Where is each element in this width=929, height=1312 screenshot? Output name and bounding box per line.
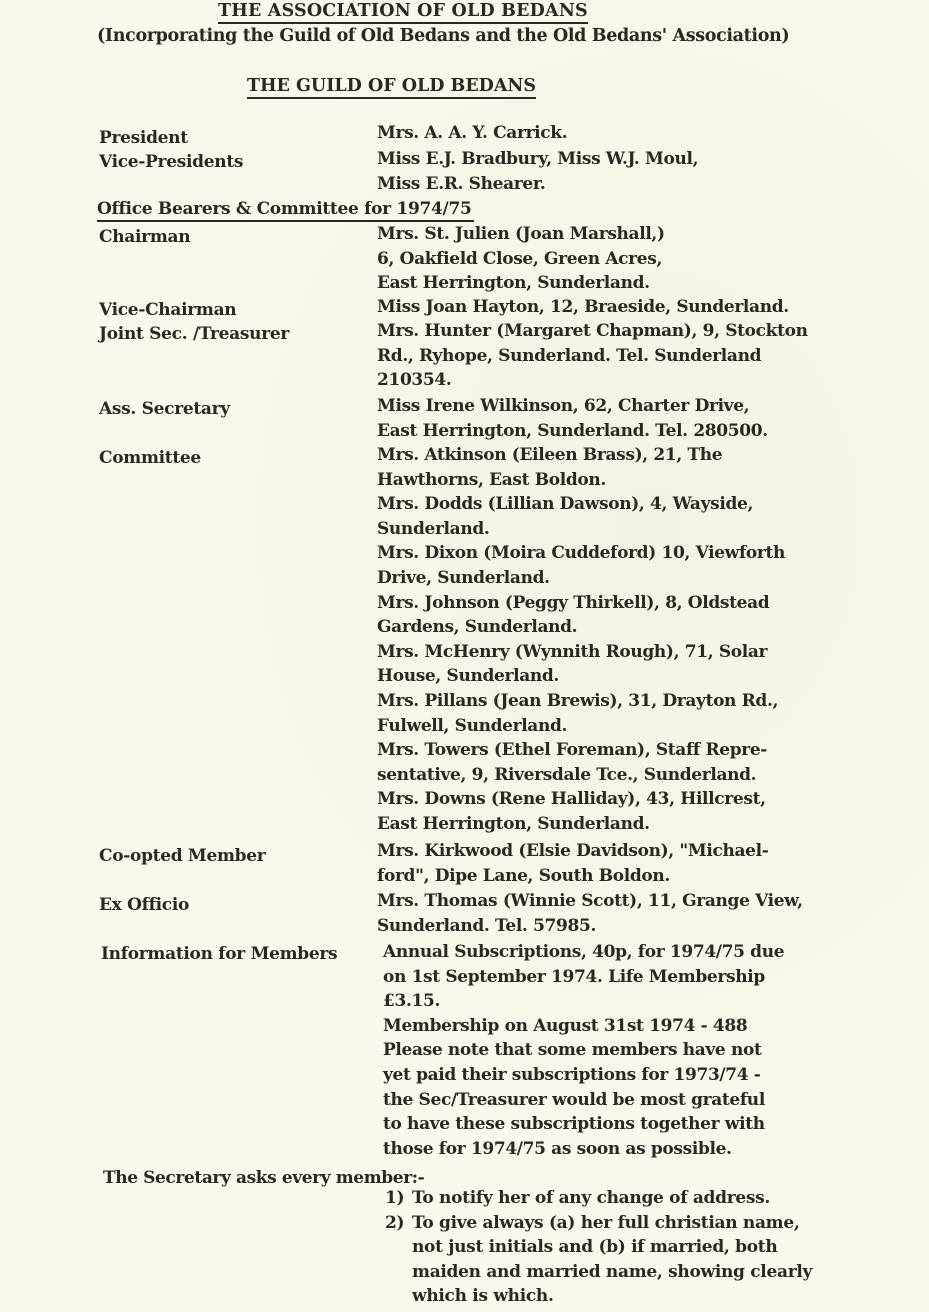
guild-title: THE GUILD OF OLD BEDANS xyxy=(247,75,536,99)
committee-line: Hawthorns, East Boldon. xyxy=(377,468,785,493)
co-opted-line: ford", Dipe Lane, South Boldon. xyxy=(377,864,768,889)
chairman-line: Mrs. St. Julien (Joan Marshall,) xyxy=(377,222,665,247)
treasurer-label: Joint Sec. /Treasurer xyxy=(99,322,289,346)
info-line: to have these subscriptions together wit… xyxy=(383,1112,784,1137)
co-opted-line: Mrs. Kirkwood (Elsie Davidson), "Michael… xyxy=(377,839,768,864)
ass-secretary-value: Miss Irene Wilkinson, 62, Charter Drive,… xyxy=(377,394,768,443)
president-label: President xyxy=(99,126,188,150)
committee-line: sentative, 9, Riversdale Tce., Sunderlan… xyxy=(377,763,785,788)
ex-officio-value: Mrs. Thomas (Winnie Scott), 11, Grange V… xyxy=(377,889,803,938)
vice-chairman-value: Miss Joan Hayton, 12, Braeside, Sunderla… xyxy=(377,295,789,320)
document-title: THE ASSOCIATION OF OLD BEDANS xyxy=(218,0,588,24)
request-line: To notify her of any change of address. xyxy=(412,1186,770,1211)
co-opted-label: Co-opted Member xyxy=(99,844,265,868)
request-line: which is which. xyxy=(412,1284,812,1309)
ass-secretary-label: Ass. Secretary xyxy=(99,397,230,421)
request-line: To give always (a) her full christian na… xyxy=(412,1211,812,1236)
committee-line: Sunderland. xyxy=(377,517,785,542)
info-line: yet paid their subscriptions for 1973/74… xyxy=(383,1063,784,1088)
ex-officio-label: Ex Officio xyxy=(99,893,189,917)
vice-presidents-line: Miss E.J. Bradbury, Miss W.J. Moul, xyxy=(377,147,698,172)
committee-heading: Office Bearers & Committee for 1974/75 xyxy=(97,198,474,222)
president-line: Mrs. A. A. Y. Carrick. xyxy=(377,121,567,146)
treasurer-value: Mrs. Hunter (Margaret Chapman), 9, Stock… xyxy=(377,319,808,393)
document-subtitle: (Incorporating the Guild of Old Bedans a… xyxy=(97,24,789,48)
document-page: THE ASSOCIATION OF OLD BEDANS (Incorpora… xyxy=(0,0,929,1312)
co-opted-value: Mrs. Kirkwood (Elsie Davidson), "Michael… xyxy=(377,839,768,888)
committee-label: Committee xyxy=(99,446,201,470)
committee-value: Mrs. Atkinson (Eileen Brass), 21, The Ha… xyxy=(377,443,785,837)
chairman-value: Mrs. St. Julien (Joan Marshall,) 6, Oakf… xyxy=(377,222,665,296)
request-number: 1) xyxy=(385,1186,412,1211)
info-members-value: Annual Subscriptions, 40p, for 1974/75 d… xyxy=(383,940,784,1161)
request-item: 1) To notify her of any change of addres… xyxy=(385,1186,812,1211)
info-line: on 1st September 1974. Life Membership xyxy=(383,965,784,990)
info-line: those for 1974/75 as soon as possible. xyxy=(383,1137,784,1162)
ex-officio-line: Mrs. Thomas (Winnie Scott), 11, Grange V… xyxy=(377,889,803,914)
committee-line: House, Sunderland. xyxy=(377,664,785,689)
vice-chairman-line: Miss Joan Hayton, 12, Braeside, Sunderla… xyxy=(377,295,789,320)
committee-line: Mrs. Pillans (Jean Brewis), 31, Drayton … xyxy=(377,689,785,714)
committee-line: East Herrington, Sunderland. xyxy=(377,812,785,837)
info-line: Please note that some members have not xyxy=(383,1038,784,1063)
info-members-label: Information for Members xyxy=(101,942,337,966)
committee-line: Mrs. Johnson (Peggy Thirkell), 8, Oldste… xyxy=(377,591,785,616)
vice-chairman-label: Vice-Chairman xyxy=(99,298,236,322)
committee-line: Mrs. Atkinson (Eileen Brass), 21, The xyxy=(377,443,785,468)
info-line: £3.15. xyxy=(383,989,784,1014)
committee-line: Mrs. Dixon (Moira Cuddeford) 10, Viewfor… xyxy=(377,541,785,566)
vice-presidents-value: Miss E.J. Bradbury, Miss W.J. Moul, Miss… xyxy=(377,147,698,196)
chairman-line: East Herrington, Sunderland. xyxy=(377,271,665,296)
secretary-request-intro: The Secretary asks every member:- xyxy=(103,1166,424,1190)
ex-officio-line: Sunderland. Tel. 57985. xyxy=(377,914,803,939)
request-number: 2) xyxy=(385,1211,412,1309)
treasurer-line: Rd., Ryhope, Sunderland. Tel. Sunderland xyxy=(377,344,808,369)
committee-line: Drive, Sunderland. xyxy=(377,566,785,591)
committee-line: Mrs. Towers (Ethel Foreman), Staff Repre… xyxy=(377,738,785,763)
secretary-request-list: 1) To notify her of any change of addres… xyxy=(385,1186,812,1309)
treasurer-line: 210354. xyxy=(377,368,808,393)
ass-secretary-line: Miss Irene Wilkinson, 62, Charter Drive, xyxy=(377,394,768,419)
chairman-label: Chairman xyxy=(99,225,190,249)
vice-presidents-line: Miss E.R. Shearer. xyxy=(377,172,698,197)
treasurer-line: Mrs. Hunter (Margaret Chapman), 9, Stock… xyxy=(377,319,808,344)
request-item: 2) To give always (a) her full christian… xyxy=(385,1211,812,1309)
committee-line: Fulwell, Sunderland. xyxy=(377,714,785,739)
info-line: the Sec/Treasurer would be most grateful xyxy=(383,1088,784,1113)
info-line: Membership on August 31st 1974 - 488 xyxy=(383,1014,784,1039)
ass-secretary-line: East Herrington, Sunderland. Tel. 280500… xyxy=(377,419,768,444)
vice-presidents-label: Vice-Presidents xyxy=(99,150,243,174)
request-line: not just initials and (b) if married, bo… xyxy=(412,1235,812,1260)
committee-line: Mrs. Dodds (Lillian Dawson), 4, Wayside, xyxy=(377,492,785,517)
chairman-line: 6, Oakfield Close, Green Acres, xyxy=(377,247,665,272)
committee-line: Mrs. McHenry (Wynnith Rough), 71, Solar xyxy=(377,640,785,665)
committee-line: Gardens, Sunderland. xyxy=(377,615,785,640)
request-line: maiden and married name, showing clearly xyxy=(412,1260,812,1285)
committee-line: Mrs. Downs (Rene Halliday), 43, Hillcres… xyxy=(377,787,785,812)
president-value: Mrs. A. A. Y. Carrick. xyxy=(377,121,567,146)
info-line: Annual Subscriptions, 40p, for 1974/75 d… xyxy=(383,940,784,965)
